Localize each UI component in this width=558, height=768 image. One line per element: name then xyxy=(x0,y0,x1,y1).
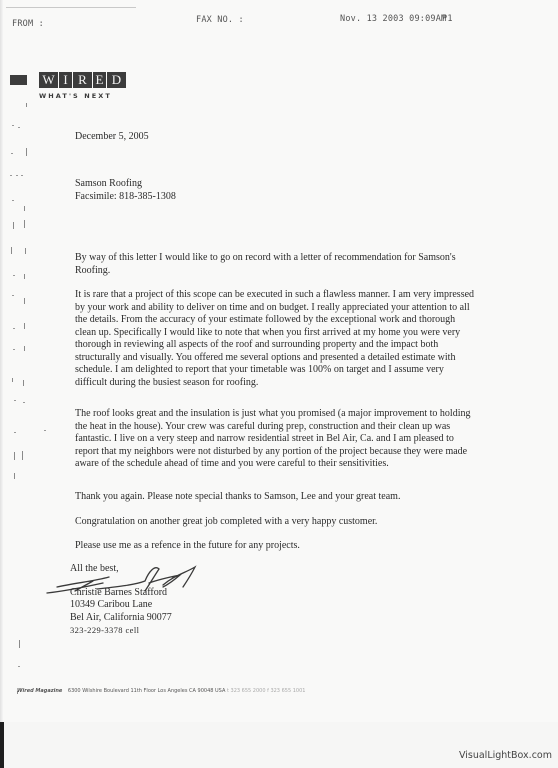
logo-wordmark: W I R E D xyxy=(39,72,126,88)
letter-paragraph: Congratulation on another great job comp… xyxy=(75,516,475,529)
signer-name: Christie Barnes Stafford xyxy=(70,587,172,599)
letter-paragraph: Thank you again. Please note special tha… xyxy=(75,491,475,504)
signer-block: Christie Barnes Stafford 10349 Caribou L… xyxy=(70,587,172,637)
recipient-facsimile: Facsimile: 818-385-1308 xyxy=(75,191,176,204)
dark-edge xyxy=(0,722,4,768)
signer-city: Bel Air, California 90077 xyxy=(70,612,172,624)
fax-number-label: FAX NO. : xyxy=(196,15,244,25)
logo-letter: W xyxy=(39,72,58,88)
fax-page: FROM : FAX NO. : Nov. 13 2003 09:09AM P1… xyxy=(0,0,558,723)
letter-date: December 5, 2005 xyxy=(75,131,149,142)
recipient-name: Samson Roofing xyxy=(75,178,176,191)
signer-street: 10349 Caribou Lane xyxy=(70,599,172,611)
page-edge xyxy=(0,0,3,722)
letterhead-footer: Wired Magazine 6300 Wilshire Boulevard 1… xyxy=(17,688,305,694)
letter-paragraph: By way of this letter I would like to go… xyxy=(75,252,475,277)
footer-company: Wired Magazine xyxy=(17,688,62,694)
logo-bar-icon xyxy=(10,75,27,85)
footer-address: 6300 Wilshire Boulevard 11th Floor Los A… xyxy=(68,688,225,694)
fax-from-label: FROM : xyxy=(12,19,44,29)
watermark-strip xyxy=(0,722,558,768)
watermark-text: VisualLightBox.com xyxy=(459,750,552,761)
letter-paragraph: It is rare that a project of this scope … xyxy=(75,289,475,389)
footer-contact: t 323 655 2000 f 323 655 1001 xyxy=(227,688,305,694)
fax-page-number: P1 xyxy=(442,14,453,24)
fax-top-line xyxy=(6,7,136,8)
letter-paragraph: Please use me as a refence in the future… xyxy=(75,540,475,553)
logo-letter: R xyxy=(73,72,92,88)
logo-letter: D xyxy=(107,72,126,88)
signer-phone: 323-229-3378 cell xyxy=(70,624,172,636)
recipient-block: Samson Roofing Facsimile: 818-385-1308 xyxy=(75,178,176,203)
logo-letter: E xyxy=(93,72,106,88)
letter-paragraph: The roof looks great and the insulation … xyxy=(75,408,475,471)
fax-timestamp: Nov. 13 2003 09:09AM xyxy=(340,14,446,24)
logo-tagline: WHAT'S NEXT xyxy=(39,92,112,100)
logo-letter: I xyxy=(59,72,72,88)
